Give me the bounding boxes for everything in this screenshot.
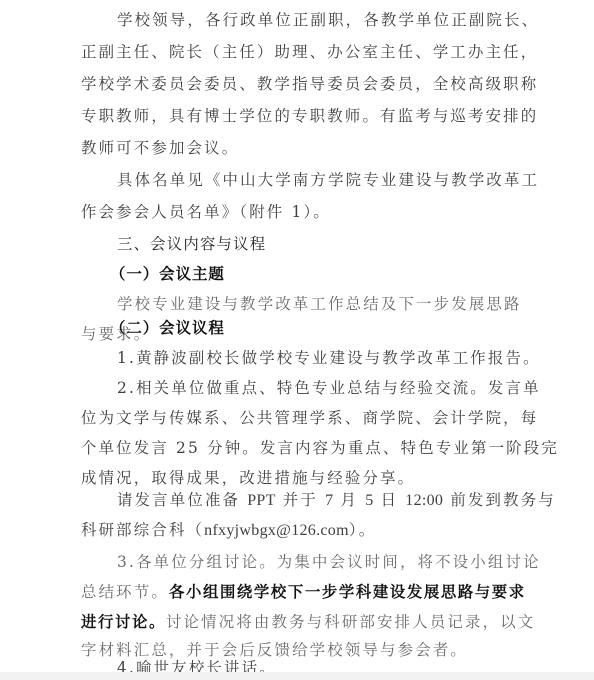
subsection-1-heading: （一）会议主题 bbox=[110, 264, 550, 284]
ppt-note-text: 科研部综合科（ bbox=[81, 521, 204, 539]
agenda-item-2-line-3: 个单位发言 25 分钟。发言内容为重点、特色专业第一阶段完 bbox=[81, 438, 521, 458]
ppt-note-line-1: 请发言单位准备 PPT 并于 7 月 5 日 12:00 前发到教务与 bbox=[117, 490, 557, 511]
deadline-time: 12:00 bbox=[405, 492, 443, 509]
namelist-line-2: 作会参会人员名单》（附件 1）。 bbox=[81, 202, 521, 222]
attendees-line-5: 教师可不参加会议。 bbox=[81, 138, 521, 158]
ppt-note-text: 月 bbox=[333, 491, 365, 509]
item-3-text: 讨论情况将由教务与科研部安排人员记录，以文 bbox=[166, 613, 535, 631]
document-page: 学校领导，各行政单位正副职，各教学单位正副院长、 正副主任、院长（主任）助理、办… bbox=[0, 0, 594, 672]
agenda-item-2-line-1: 2.相关单位做重点、特色专业总结与经验交流。发言单 bbox=[117, 378, 557, 398]
item-3-text: 总结环节。 bbox=[81, 583, 169, 601]
ppt-note-text: 日 bbox=[374, 491, 406, 509]
ppt-note-line-2: 科研部综合科（nfxyjwbgx@126.com）。 bbox=[81, 520, 521, 541]
ppt-note-text: ）。 bbox=[349, 521, 376, 539]
attendees-line-2: 正副主任、院长（主任）助理、办公室主任、学工办主任， bbox=[81, 42, 521, 62]
attendees-line-1: 学校领导，各行政单位正副职，各教学单位正副院长、 bbox=[117, 10, 557, 30]
attendees-line-4: 专职教师，具有博士学位的专职教师。有监考与巡考安排的 bbox=[81, 106, 521, 126]
page-bottom-edge bbox=[0, 672, 594, 680]
ppt-note-text: 并于 bbox=[276, 491, 325, 509]
deadline-day: 5 bbox=[365, 492, 373, 509]
section-3-heading: 三、会议内容与议程 bbox=[117, 234, 557, 254]
ppt-label: PPT bbox=[247, 492, 275, 509]
contact-email[interactable]: nfxyjwbgx@126.com bbox=[204, 522, 349, 539]
item-3-emphasis: 进行讨论。 bbox=[81, 613, 166, 631]
subsection-2-heading: （二）会议议程 bbox=[110, 318, 550, 338]
ppt-note-text: 前发到教务与 bbox=[443, 491, 556, 509]
item-3-emphasis: 各小组围绕学校下一步学科建设发展思路与要求 bbox=[169, 583, 526, 601]
subsection-1-line-1: 学校专业建设与教学改革工作总结及下一步发展思路 bbox=[117, 294, 557, 314]
agenda-item-2-line-2: 位为文学与传媒系、公共管理学系、商学院、会计学院，每 bbox=[81, 408, 521, 428]
agenda-item-3-line-1: 3.各单位分组讨论。为集中会议时间，将不设小组讨论 bbox=[117, 552, 557, 572]
attendees-line-3: 学校学术委员会委员、教学指导委员会委员，全校高级职称 bbox=[81, 74, 521, 94]
namelist-line-1: 具体名单见《中山大学南方学院专业建设与教学改革工 bbox=[117, 170, 557, 190]
agenda-item-3-line-3: 进行讨论。讨论情况将由教务与科研部安排人员记录，以文 bbox=[81, 612, 521, 632]
agenda-item-2-line-4: 成情况，取得成果，改进措施与经验分享。 bbox=[81, 468, 521, 488]
ppt-note-text: 请发言单位准备 bbox=[117, 491, 247, 509]
agenda-item-3-line-2: 总结环节。各小组围绕学校下一步学科建设发展思路与要求 bbox=[81, 582, 521, 602]
agenda-item-3-line-4: 字材料汇总，并于会后反馈给学校领导与参会者。 bbox=[81, 640, 521, 660]
agenda-item-1: 1.黄静波副校长做学校专业建设与教学改革工作报告。 bbox=[117, 348, 557, 368]
